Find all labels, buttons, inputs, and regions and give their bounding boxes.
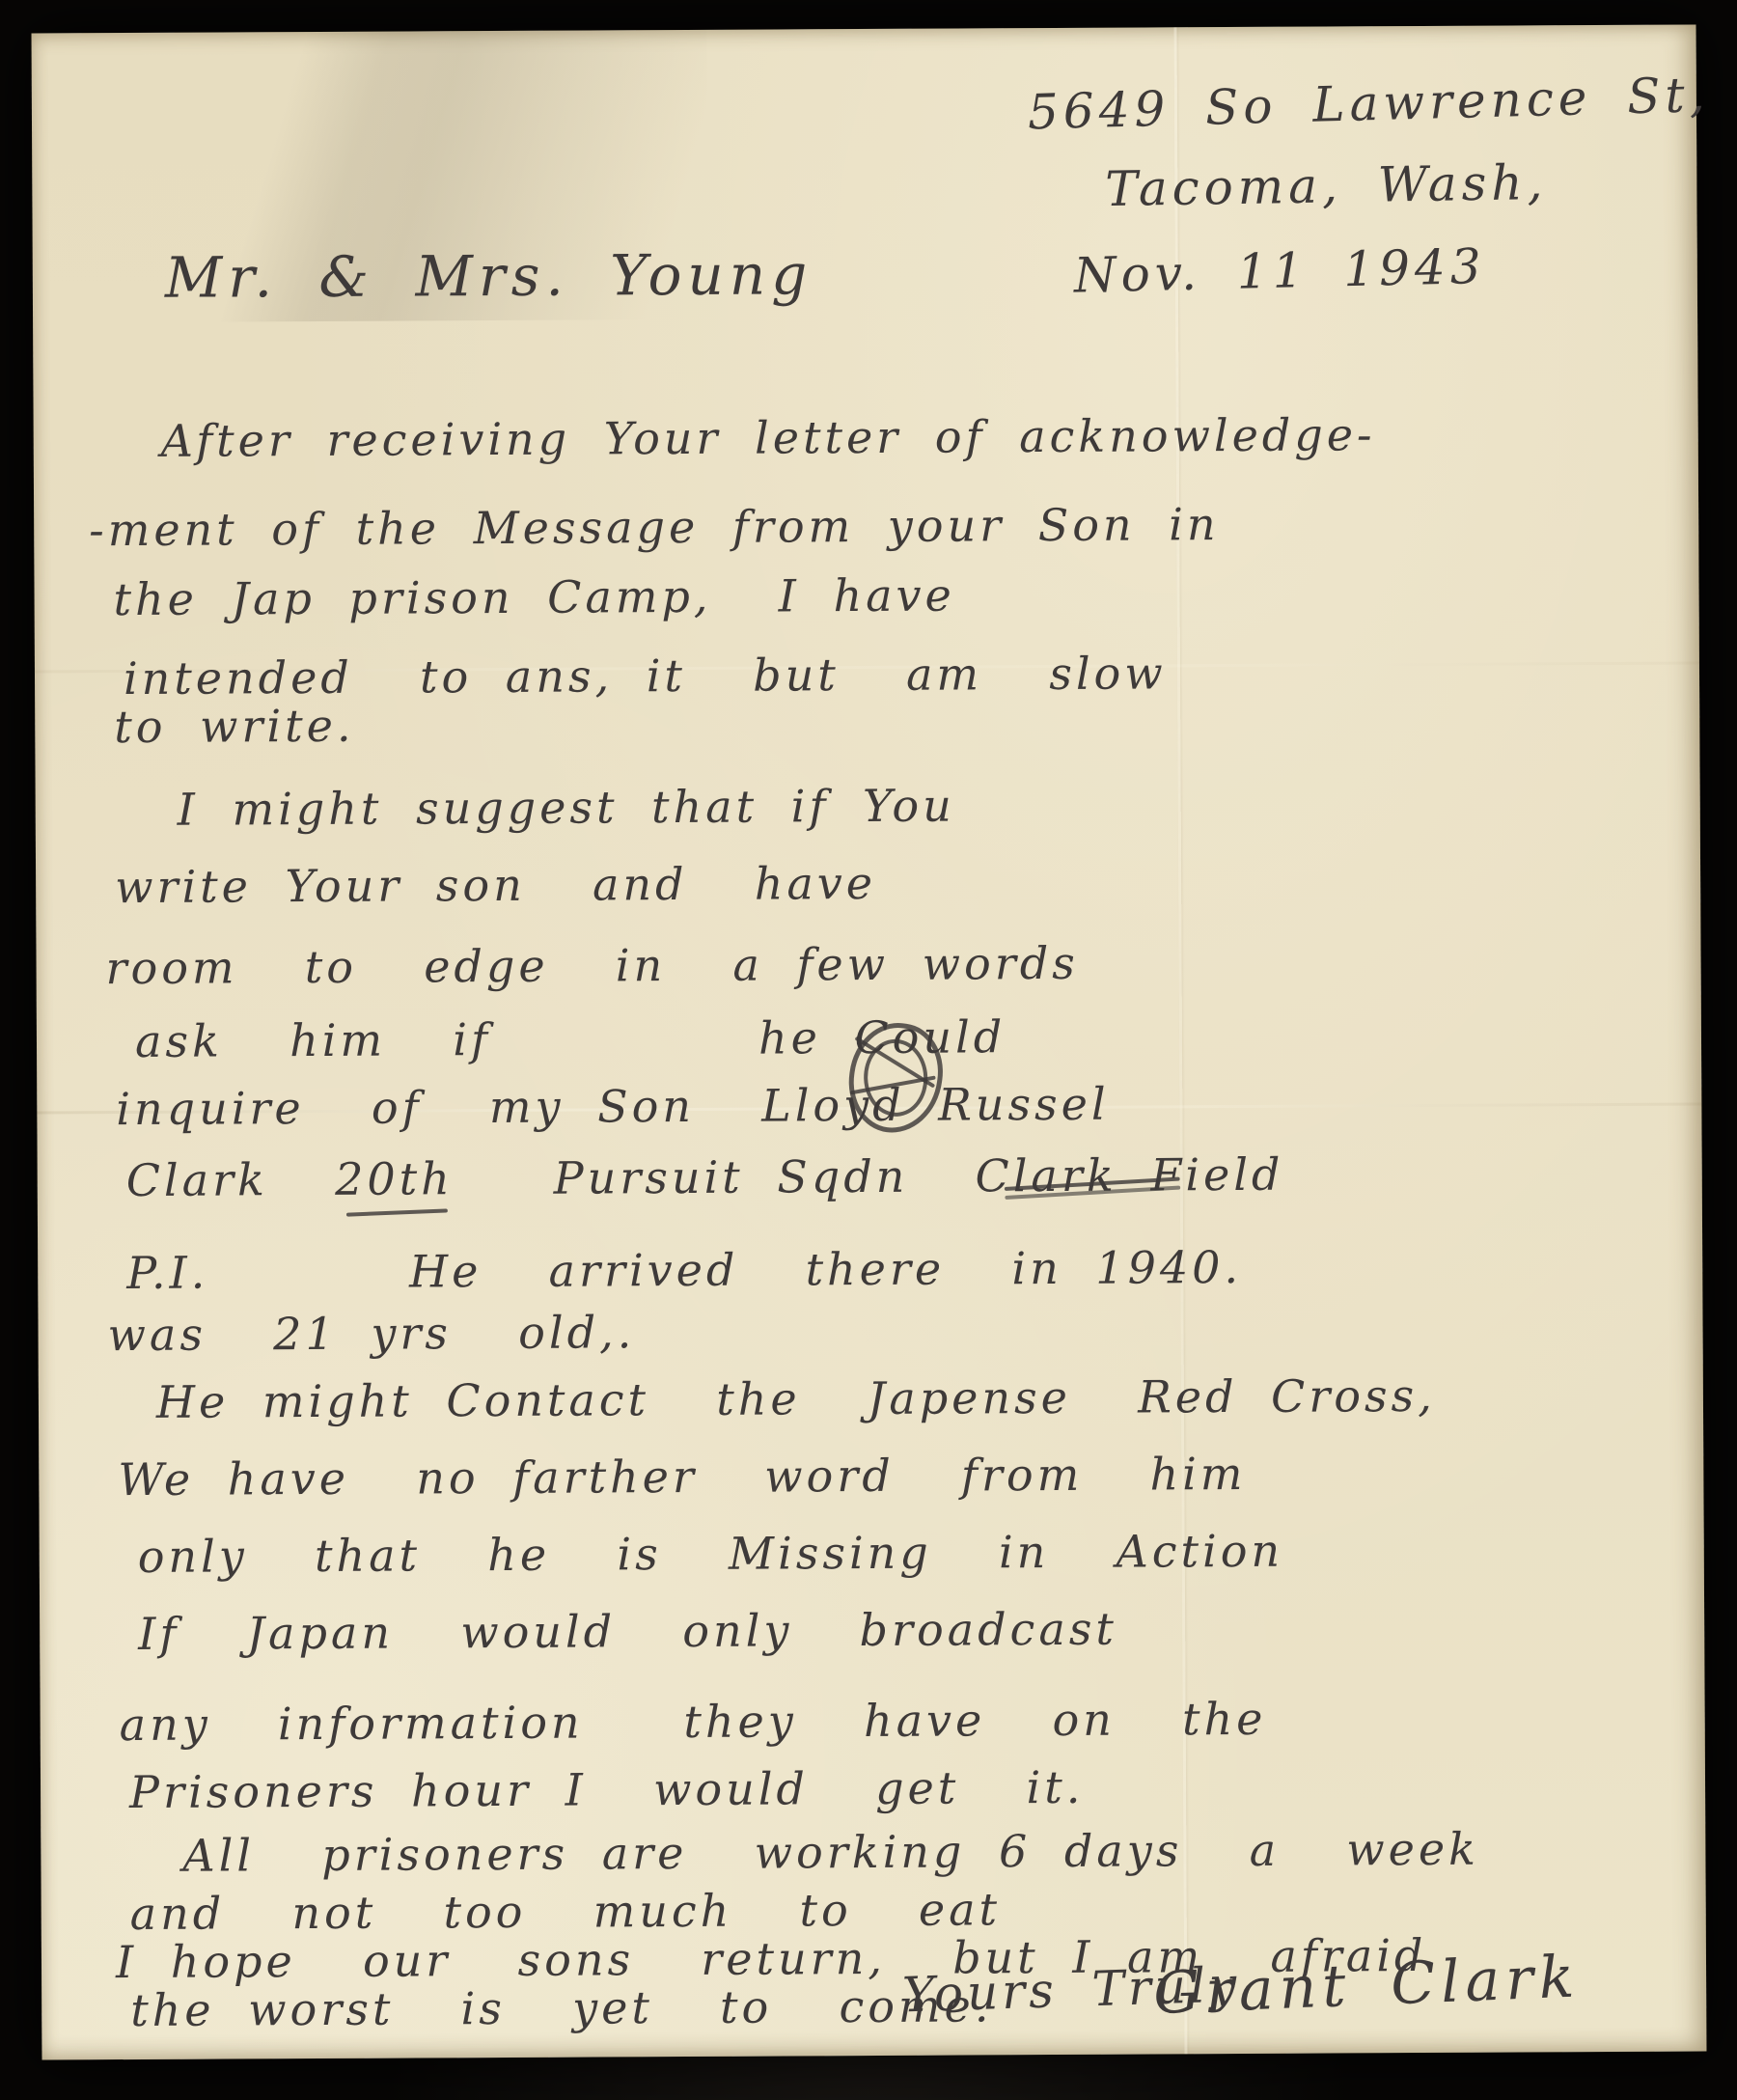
ink-scribble-inner	[863, 1038, 929, 1119]
body-line: He might Contact the Japense Red Cross,	[156, 1373, 1436, 1424]
body-line: Clark 20th Pursuit Sqdn Clark Field	[126, 1152, 1284, 1202]
body-line: and not too much to eat	[130, 1887, 1002, 1936]
body-line: -ment of the Message from your Son in	[89, 502, 1220, 552]
body-line: All prisoners are working 6 days a week	[182, 1827, 1479, 1878]
body-line: any information they have on the	[120, 1697, 1267, 1747]
body-line: room to edge in a few words	[105, 941, 1078, 990]
body-line: P.I. He arrived there in 1940.	[126, 1245, 1242, 1295]
body-line: Prisoners hour I would get it.	[129, 1765, 1085, 1814]
signature: Grant Clark	[1152, 1948, 1581, 2023]
body-line: write Your son and have	[115, 861, 876, 909]
address-line-date: Nov. 11 1943	[1073, 242, 1486, 300]
letter-paper: 5649 So Lawrence St, Tacoma, Wash, Nov. …	[32, 24, 1707, 2059]
body-line: inquire of my Son Lloyd Russel	[116, 1082, 1109, 1131]
body-line: After receiving Your letter of acknowled…	[161, 412, 1376, 463]
address-line-city: Tacoma, Wash,	[1105, 158, 1548, 213]
body-line: to write.	[114, 704, 354, 749]
body-line: We have no farther word from him	[118, 1451, 1246, 1502]
body-line: I might suggest that if You	[178, 784, 955, 832]
body-line: the worst is yet to come.	[130, 1983, 992, 2032]
body-line: the Jap prison Camp, I have	[113, 573, 954, 622]
fold-crease-vertical	[1173, 27, 1187, 2054]
salutation: Mr. & Mrs. Young	[165, 246, 813, 306]
body-line: only that he is Missing in Action	[138, 1529, 1284, 1579]
scan-background: 5649 So Lawrence St, Tacoma, Wash, Nov. …	[0, 0, 1737, 2100]
underline-mark-20th	[346, 1208, 448, 1216]
body-line: was 21 yrs old,.	[107, 1310, 635, 1357]
address-line-street: 5649 So Lawrence St,	[1027, 70, 1710, 136]
body-line: intended to ans, it but am slow	[124, 650, 1167, 701]
body-line: If Japan would only broadcast	[138, 1607, 1117, 1656]
